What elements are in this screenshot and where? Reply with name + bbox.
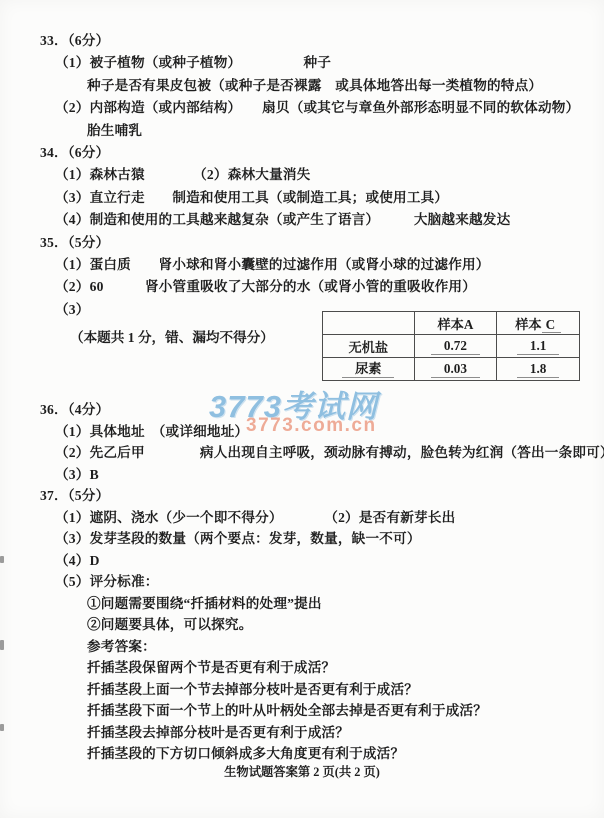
part1-lines: 33．（6分）（1）被子植物（或种子植物） 种子种子是否有果皮包被（或种子是否裸… [0,30,604,321]
table-cell: 1.8 [497,358,580,381]
answer-line: （5）评分标准： [0,571,604,593]
page-footer: 生物试题答案第 2 页(共 2 页) [0,762,604,780]
table-header-cell: 样本A [414,312,497,335]
answer-line: ②问题要具体，可以探究。 [0,614,604,636]
table-cell: 0.03 [414,358,497,381]
answer-line: （1）遮阴、浇水（少一个即不得分） （2）是否有新芽长出 [0,507,604,529]
q35-note-table-block: （本题共 1 分，错、漏均不得分） 样本A样本 C 无机盐0.721.1尿素0.… [0,317,604,399]
answer-line: （2）先乙后甲 病人出现自主呼吸，颈动脉有搏动，脸色转为红润（答出一条即可） [0,442,604,464]
part2-lines: 36．（4分）（1）具体地址 （或详细地址）（2）先乙后甲 病人出现自主呼吸，颈… [0,399,604,765]
scoring-note: （本题共 1 分，错、漏均不得分） [0,317,322,346]
sample-table-head: 样本A样本 C [323,312,580,335]
answer-line: ①问题需要围绕“扦插材料的处理”提出 [0,593,604,615]
answer-line: 37．（5分） [0,485,604,507]
answer-line: （1）具体地址 （或详细地址） [0,421,604,443]
answer-line: （3）B [0,464,604,486]
answer-line: （1）被子植物（或种子植物） 种子 [0,52,604,74]
answer-line: 种子是否有果皮包被（或种子是否裸露 或具体地答出每一类植物的特点） [0,75,604,97]
table-header-cell: 样本 C [497,312,580,335]
table-header-row: 样本A样本 C [323,312,580,335]
answer-line: 参考答案： [0,636,604,658]
answer-sheet-page: 3773考试网 3773.com.cn 33．（6分）（1）被子植物（或种子植物… [0,0,604,818]
answer-line: （1）蛋白质 肾小球和肾小囊壁的过滤作用（或肾小球的过滤作用） [0,254,604,276]
sample-table: 样本A样本 C 无机盐0.721.1尿素0.031.8 [322,311,580,381]
table-header-cell [323,312,415,335]
answer-line: 扦插茎段下面一个节上的叶从叶柄处全部去掉是否更有利于成活？ [0,700,604,722]
sample-table-wrap: 样本A样本 C 无机盐0.721.1尿素0.031.8 [322,311,580,381]
answer-line: 扦插茎段去掉部分枝叶是否更有利于成活？ [0,722,604,744]
answer-line: （2）内部构造（或内部结构） 扇贝（或其它与章鱼外部形态明显不同的软体动物） [0,97,604,119]
answer-line: 扦插茎段保留两个节是否更有利于成活？ [0,657,604,679]
table-row: 尿素0.031.8 [323,358,580,381]
answer-line: （4）D [0,550,604,572]
answer-line: （4）制造和使用的工具越来越复杂（或产生了语言） 大脑越来越发达 [0,209,604,231]
answer-line: 34．（6分） [0,142,604,164]
answer-line: （3）发芽茎段的数量（两个要点：发芽，数量，缺一不可） [0,528,604,550]
answer-line: （2）60 肾小管重吸收了大部分的水（或肾小管的重吸收作用） [0,276,604,298]
table-row: 无机盐0.721.1 [323,335,580,358]
table-cell: 1.1 [497,335,580,358]
answer-line: 胎生哺乳 [0,120,604,142]
answer-line: 36．（4分） [0,399,604,421]
table-cell: 无机盐 [323,335,415,358]
answer-line: 35．（5分） [0,232,604,254]
table-cell: 0.72 [414,335,497,358]
answer-line: 33．（6分） [0,30,604,52]
sample-table-body: 无机盐0.721.1尿素0.031.8 [323,335,580,381]
answers-content: 33．（6分）（1）被子植物（或种子植物） 种子种子是否有果皮包被（或种子是否裸… [0,30,604,765]
answer-line: 扦插茎段上面一个节去掉部分枝叶是否更有利于成活？ [0,679,604,701]
answer-line: （1）森林古猿 （2）森林大量消失 [0,164,604,186]
answer-line: （3）直立行走 制造和使用工具（或制造工具；或使用工具） [0,187,604,209]
table-cell: 尿素 [323,358,415,381]
